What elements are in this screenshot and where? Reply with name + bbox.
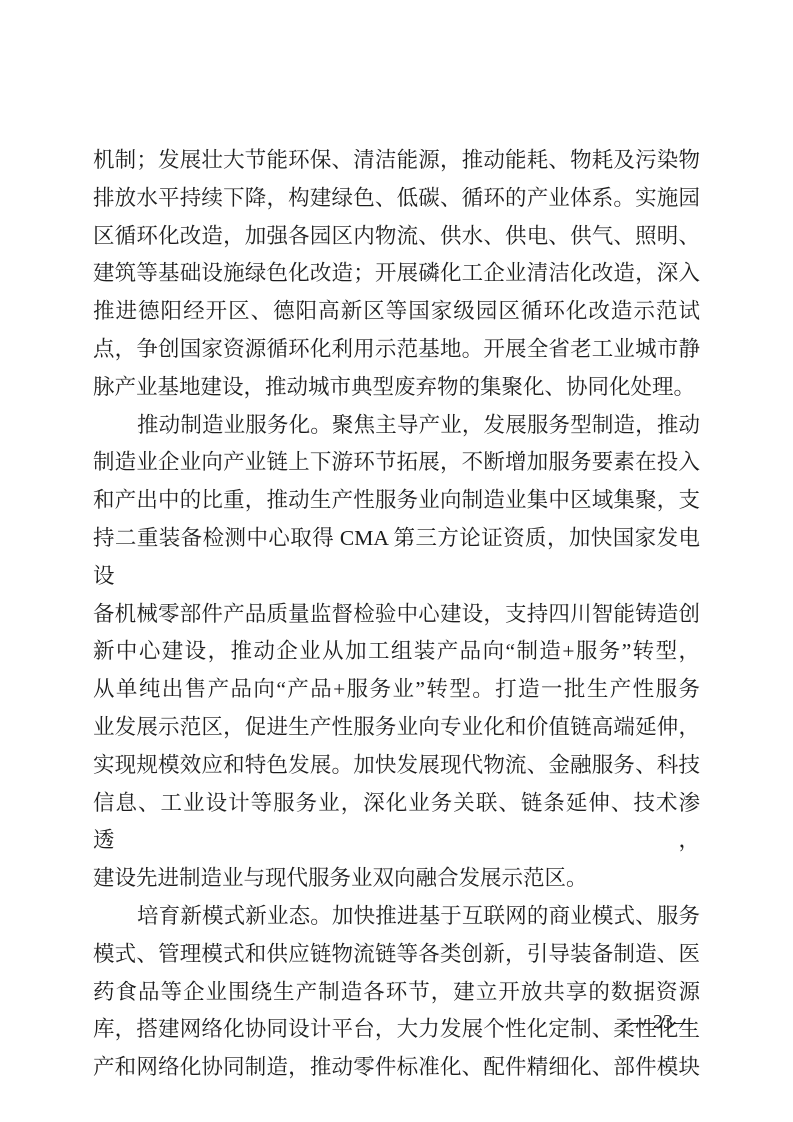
text-line: 产和网络化协同制造，推动零件标准化、配件精细化、部件模块 [93,1049,700,1087]
text-line: 培育新模式新业态。加快推进基于互联网的商业模式、服务 [93,898,700,936]
text-line: 和产出中的比重，推动生产性服务业向制造业集中区域集聚，支 [93,482,700,520]
text-line: 信息、工业设计等服务业，深化业务关联、链条延伸、技术渗透， [93,785,700,861]
text-line: 业发展示范区，促进生产性服务业向专业化和价值链高端延伸， [93,709,700,747]
text-line: 点，争创国家资源循环化利用示范基地。开展全省老工业城市静 [93,331,700,369]
text-line: 药食品等企业围绕生产制造各环节，建立开放共享的数据资源 [93,974,700,1012]
text-line: 推动制造业服务化。聚焦主导产业，发展服务型制造，推动 [93,407,700,445]
text-line: 制造业企业向产业链上下游环节拓展，不断增加服务要素在投入 [93,444,700,482]
text-line: 建筑等基础设施绿色化改造；开展磷化工企业清洁化改造，深入 [93,255,700,293]
text-line: 新中心建设，推动企业从加工组装产品向“制造+服务”转型， [93,633,700,671]
text-line: 区循环化改造，加强各园区内物流、供水、供电、供气、照明、 [93,218,700,256]
text-line: 推进德阳经开区、德阳高新区等国家级园区循环化改造示范试 [93,293,700,331]
document-body: 机制；发展壮大节能环保、清洁能源，推动能耗、物耗及污染物 排放水平持续下降，构建… [93,142,700,1087]
text-line: 脉产业基地建设，推动城市典型废弃物的集聚化、协同化处理。 [93,369,700,407]
page-number: —23— [633,1010,693,1034]
paragraph-1: 机制；发展壮大节能环保、清洁能源，推动能耗、物耗及污染物 排放水平持续下降，构建… [93,142,700,407]
text-line: 建设先进制造业与现代服务业双向融合发展示范区。 [93,860,700,898]
text-line: 机制；发展壮大节能环保、清洁能源，推动能耗、物耗及污染物 [93,142,700,180]
text-line: 从单纯出售产品向“产品+服务业”转型。打造一批生产性服务 [93,671,700,709]
text-line: 排放水平持续下降，构建绿色、低碳、循环的产业体系。实施园 [93,180,700,218]
text-line: 实现规模效应和特色发展。加快发展现代物流、金融服务、科技 [93,747,700,785]
text-line: 库，搭建网络化协同设计平台，大力发展个性化定制、柔性化生 [93,1011,700,1049]
paragraph-2: 推动制造业服务化。聚焦主导产业，发展服务型制造，推动 制造业企业向产业链上下游环… [93,407,700,898]
text-line: 备机械零部件产品质量监督检验中心建设，支持四川智能铸造创 [93,596,700,634]
text-line: 模式、管理模式和供应链物流链等各类创新，引导装备制造、医 [93,936,700,974]
paragraph-3: 培育新模式新业态。加快推进基于互联网的商业模式、服务 模式、管理模式和供应链物流… [93,898,700,1087]
text-line: 持二重装备检测中心取得 CMA 第三方论证资质，加快国家发电设 [93,520,700,596]
document-page: 机制；发展壮大节能环保、清洁能源，推动能耗、物耗及污染物 排放水平持续下降，构建… [0,0,793,1122]
